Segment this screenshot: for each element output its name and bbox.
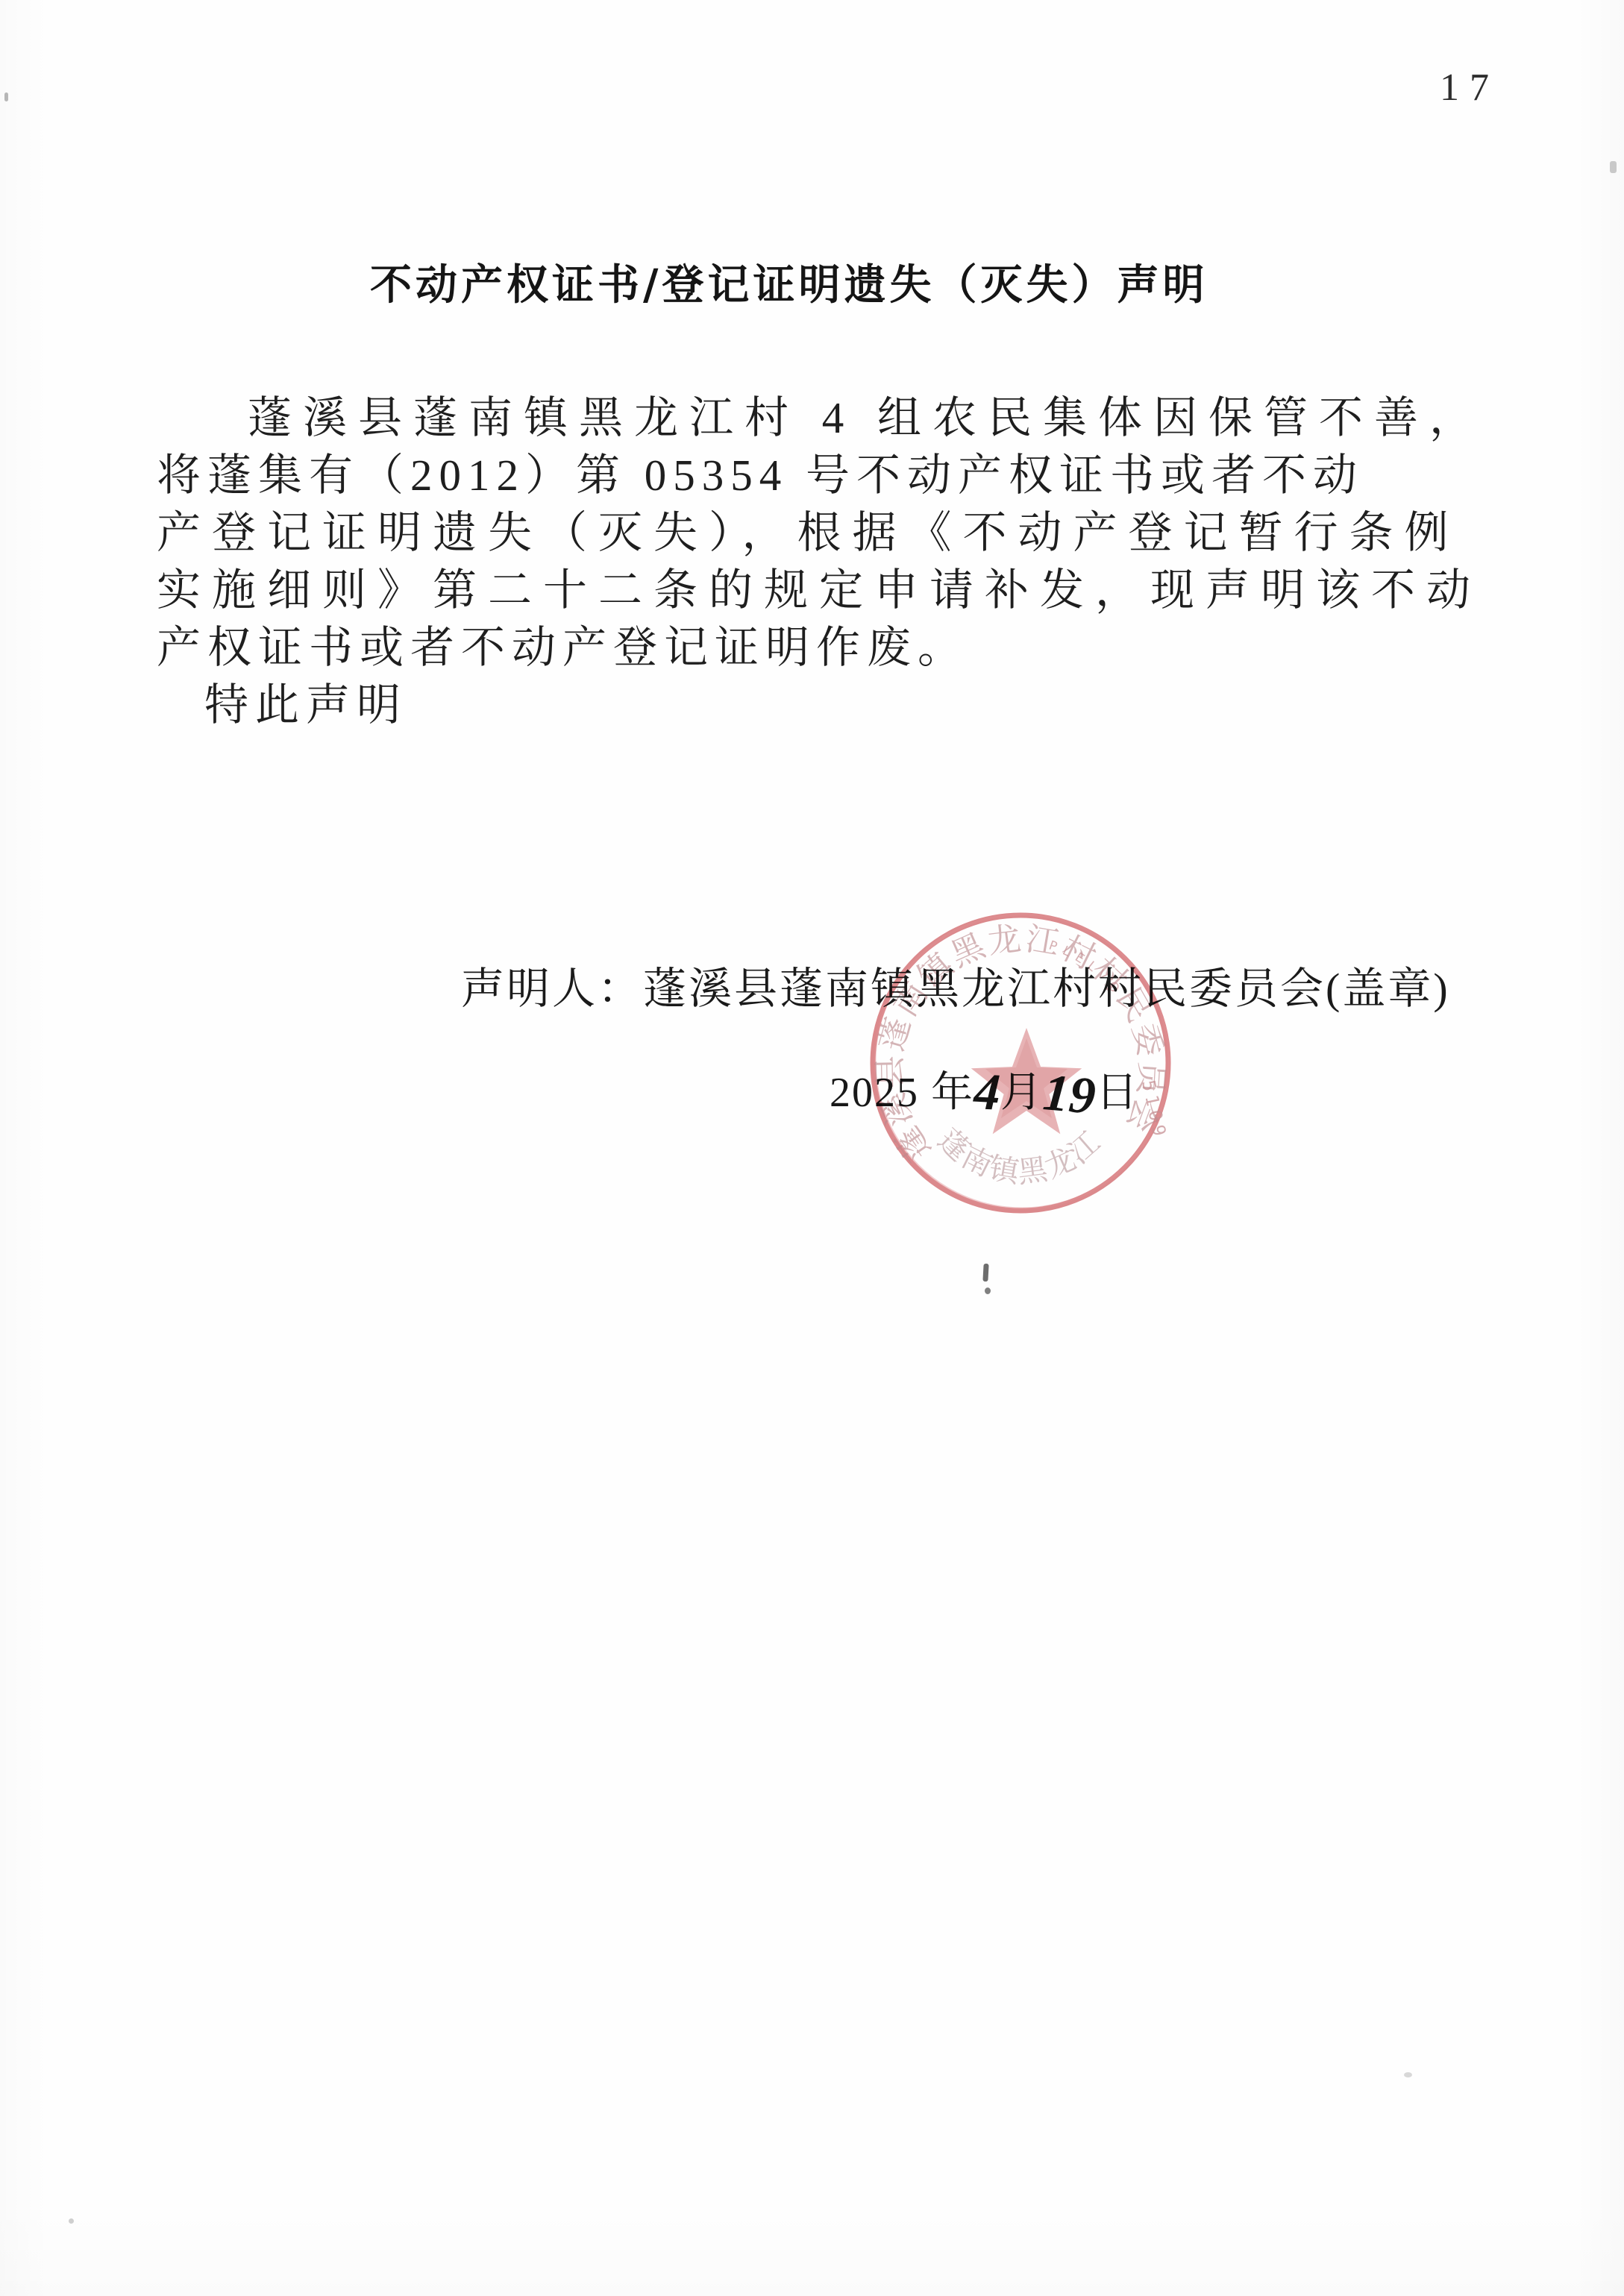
body-line: 产权证书或者不动产登记证明作废。 [157, 619, 1476, 677]
scan-artifact [4, 92, 8, 101]
ink-speck [982, 1264, 988, 1282]
official-seal-stamp: 蓬溪县蓬南镇黑龙江村村民委员会 蓬南镇黑龙江村村民委 PLELVO 5109 [868, 910, 1173, 1216]
body-line: 产登记证明遗失（灭失），根据《不动产登记暂行条例 [157, 504, 1476, 562]
document-title: 不动产权证书/登记证明遗失（灭失）声明 [370, 252, 1208, 312]
body-line: 蓬溪县蓬南镇黑龙江村 4 组农民集体因保管不善， [157, 389, 1476, 447]
seal-note: (盖章) [1326, 964, 1450, 1013]
declarant-label: 声明人： [461, 964, 643, 1013]
body-line: 实施细则》第二十二条的规定申请补发，现声明该不动 [157, 562, 1476, 619]
body-line-closing: 特此声明 [157, 677, 1476, 734]
scan-artifact [1610, 161, 1617, 173]
declaration-body: 蓬溪县蓬南镇黑龙江村 4 组农民集体因保管不善， 将蓬集有（2012）第 053… [157, 389, 1476, 734]
scan-artifact [69, 2218, 74, 2224]
ink-speck [985, 1287, 991, 1294]
scanned-document-page: 17 不动产权证书/登记证明遗失（灭失）声明 蓬溪县蓬南镇黑龙江村 4 组农民集… [0, 0, 1624, 2296]
body-line: 将蓬集有（2012）第 05354 号不动产权证书或者不动 [157, 447, 1476, 504]
page-number: 17 [1440, 66, 1499, 110]
scan-artifact [1404, 2072, 1412, 2077]
